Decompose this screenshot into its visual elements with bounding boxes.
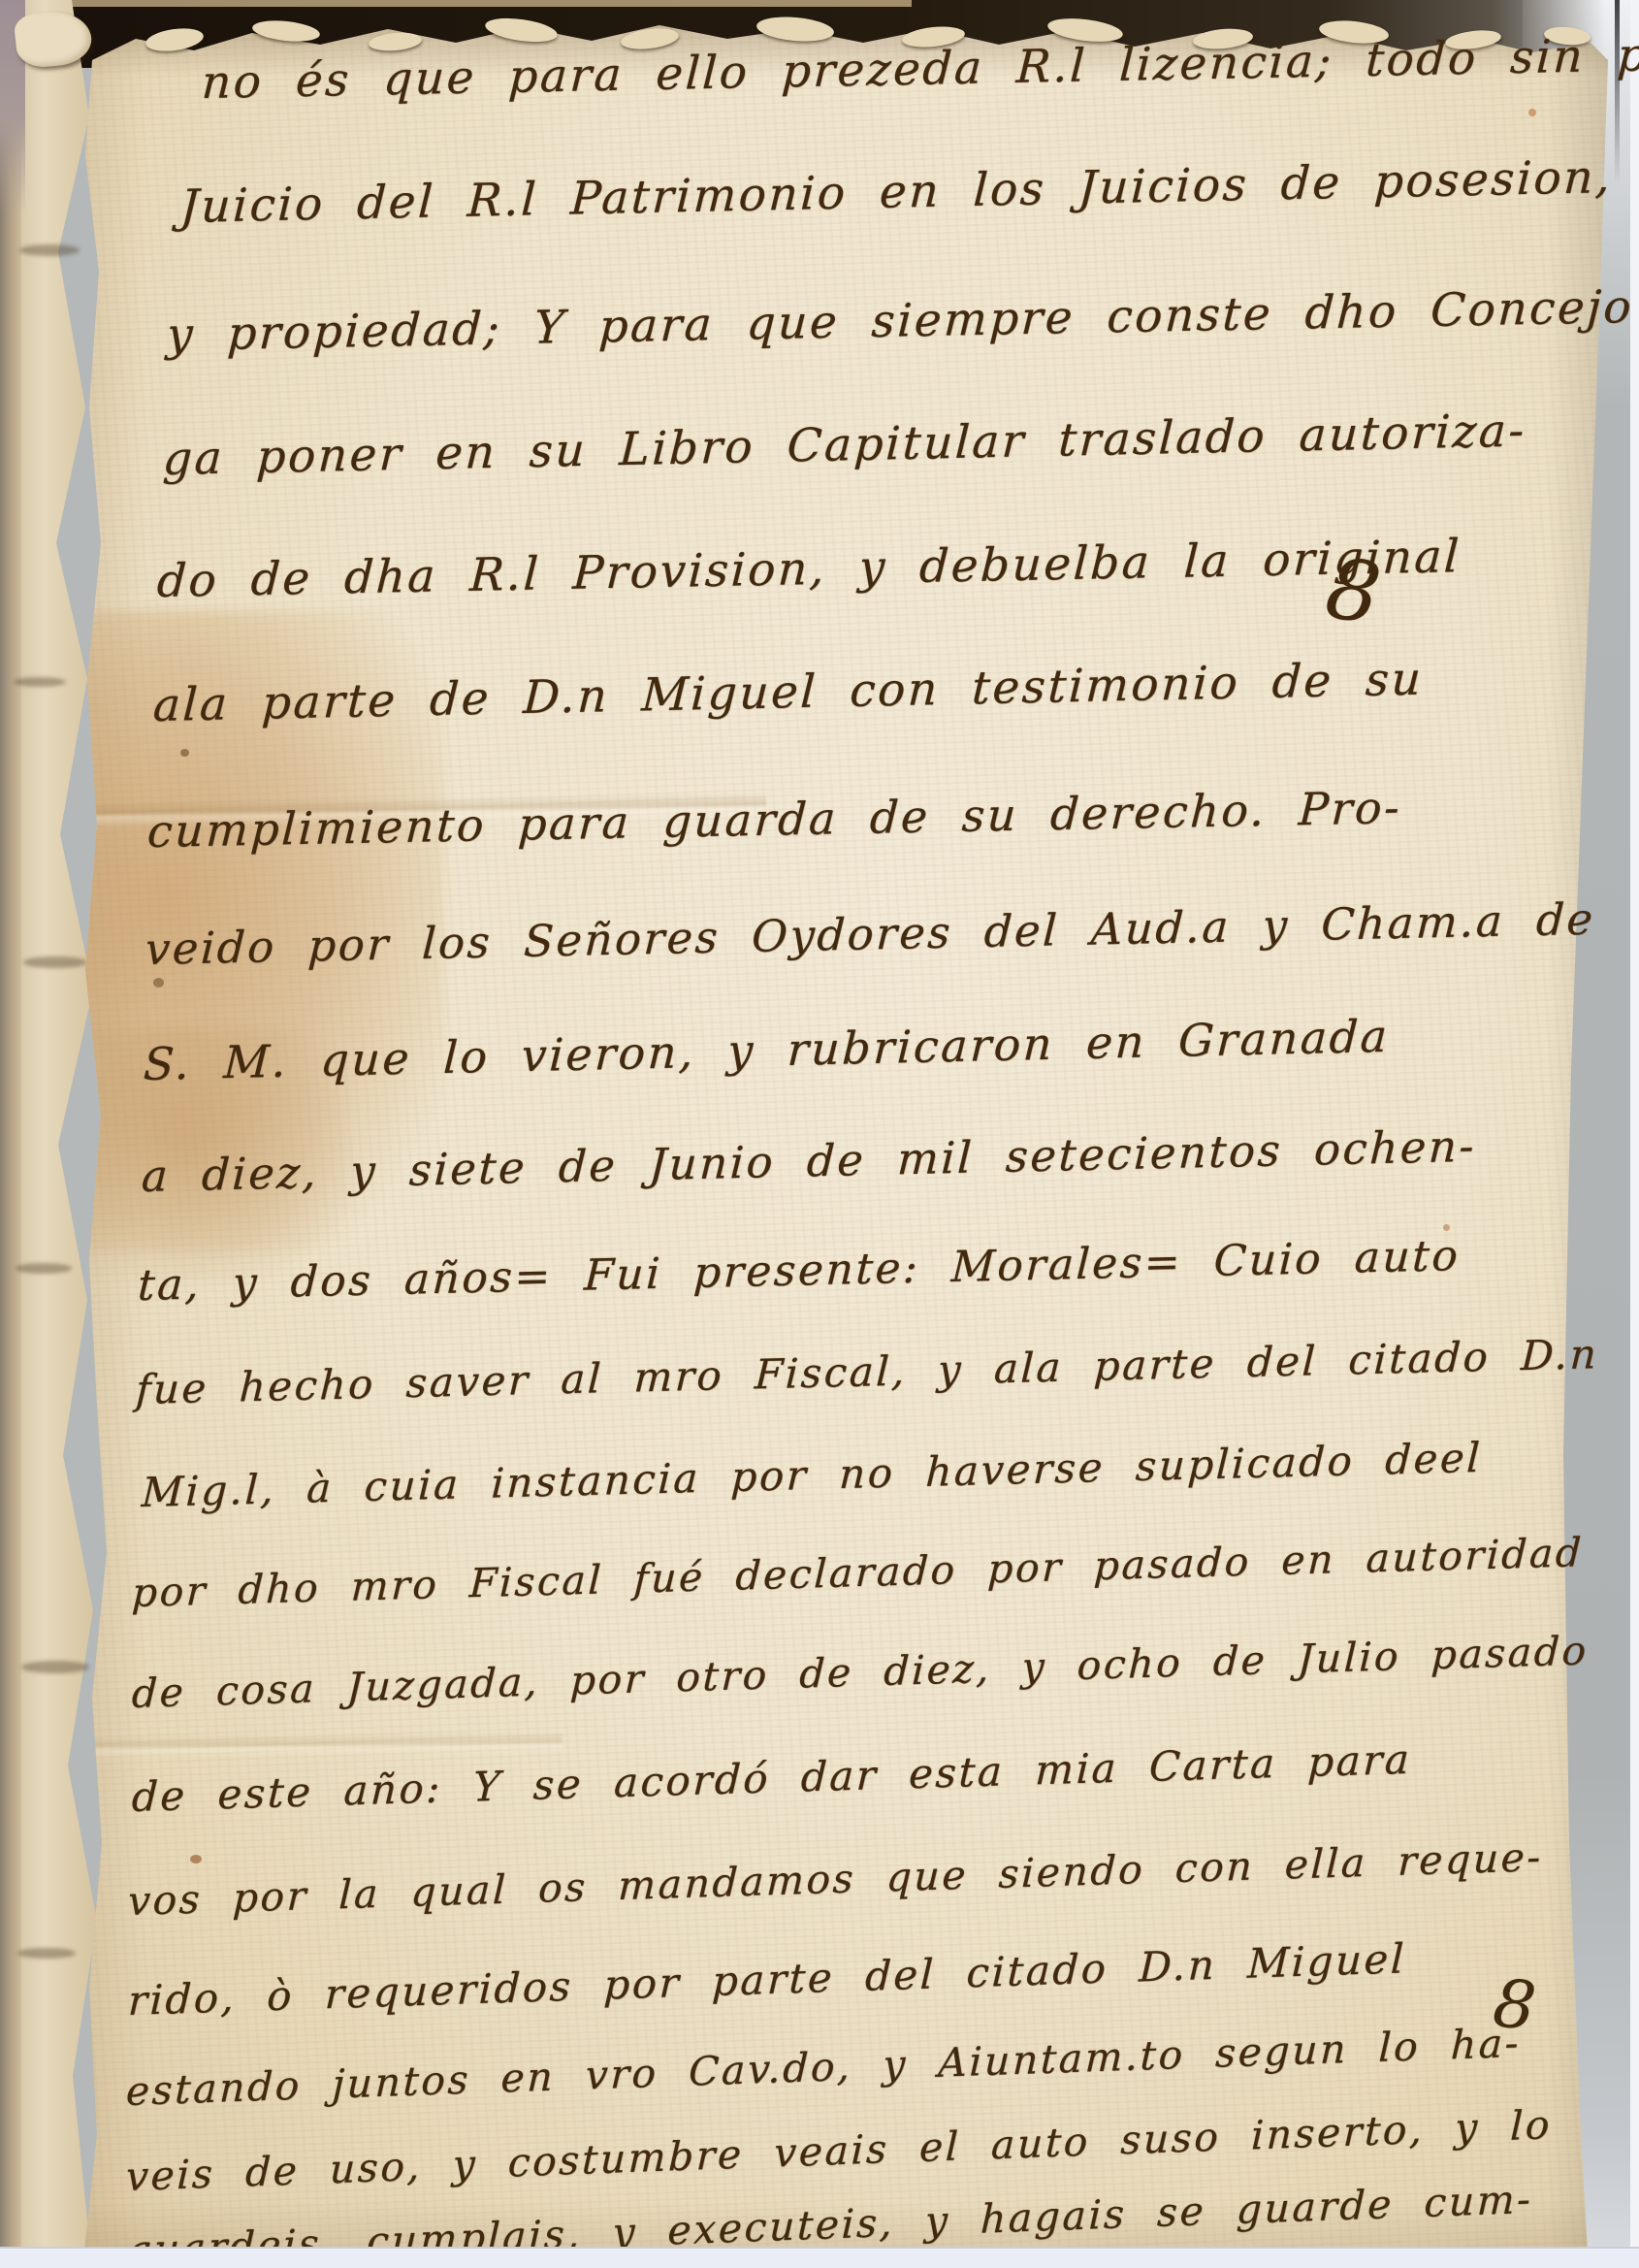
foxing-speck <box>153 978 164 988</box>
torn-edge-notch <box>19 244 80 256</box>
torn-edge-notch <box>23 956 87 968</box>
scanned-document: no és que para ello prezeda R.l lizencia… <box>0 0 1639 2268</box>
scanner-lid-line <box>39 0 912 7</box>
scanner-bed-edge-strip <box>1630 0 1639 2268</box>
scanner-bed-bottom-strip <box>0 2247 1639 2268</box>
torn-edge-notch <box>14 677 66 687</box>
torn-edge-notch <box>17 1948 76 1959</box>
torn-edge-notch <box>21 1661 89 1673</box>
foxing-speck <box>180 749 189 757</box>
foxing-speck <box>190 1855 202 1863</box>
foxing-speck <box>1443 1224 1450 1231</box>
torn-edge-notch <box>16 1263 72 1274</box>
foxing-speck <box>1528 109 1536 116</box>
ink-flourish: 8 <box>1490 1965 1539 2046</box>
